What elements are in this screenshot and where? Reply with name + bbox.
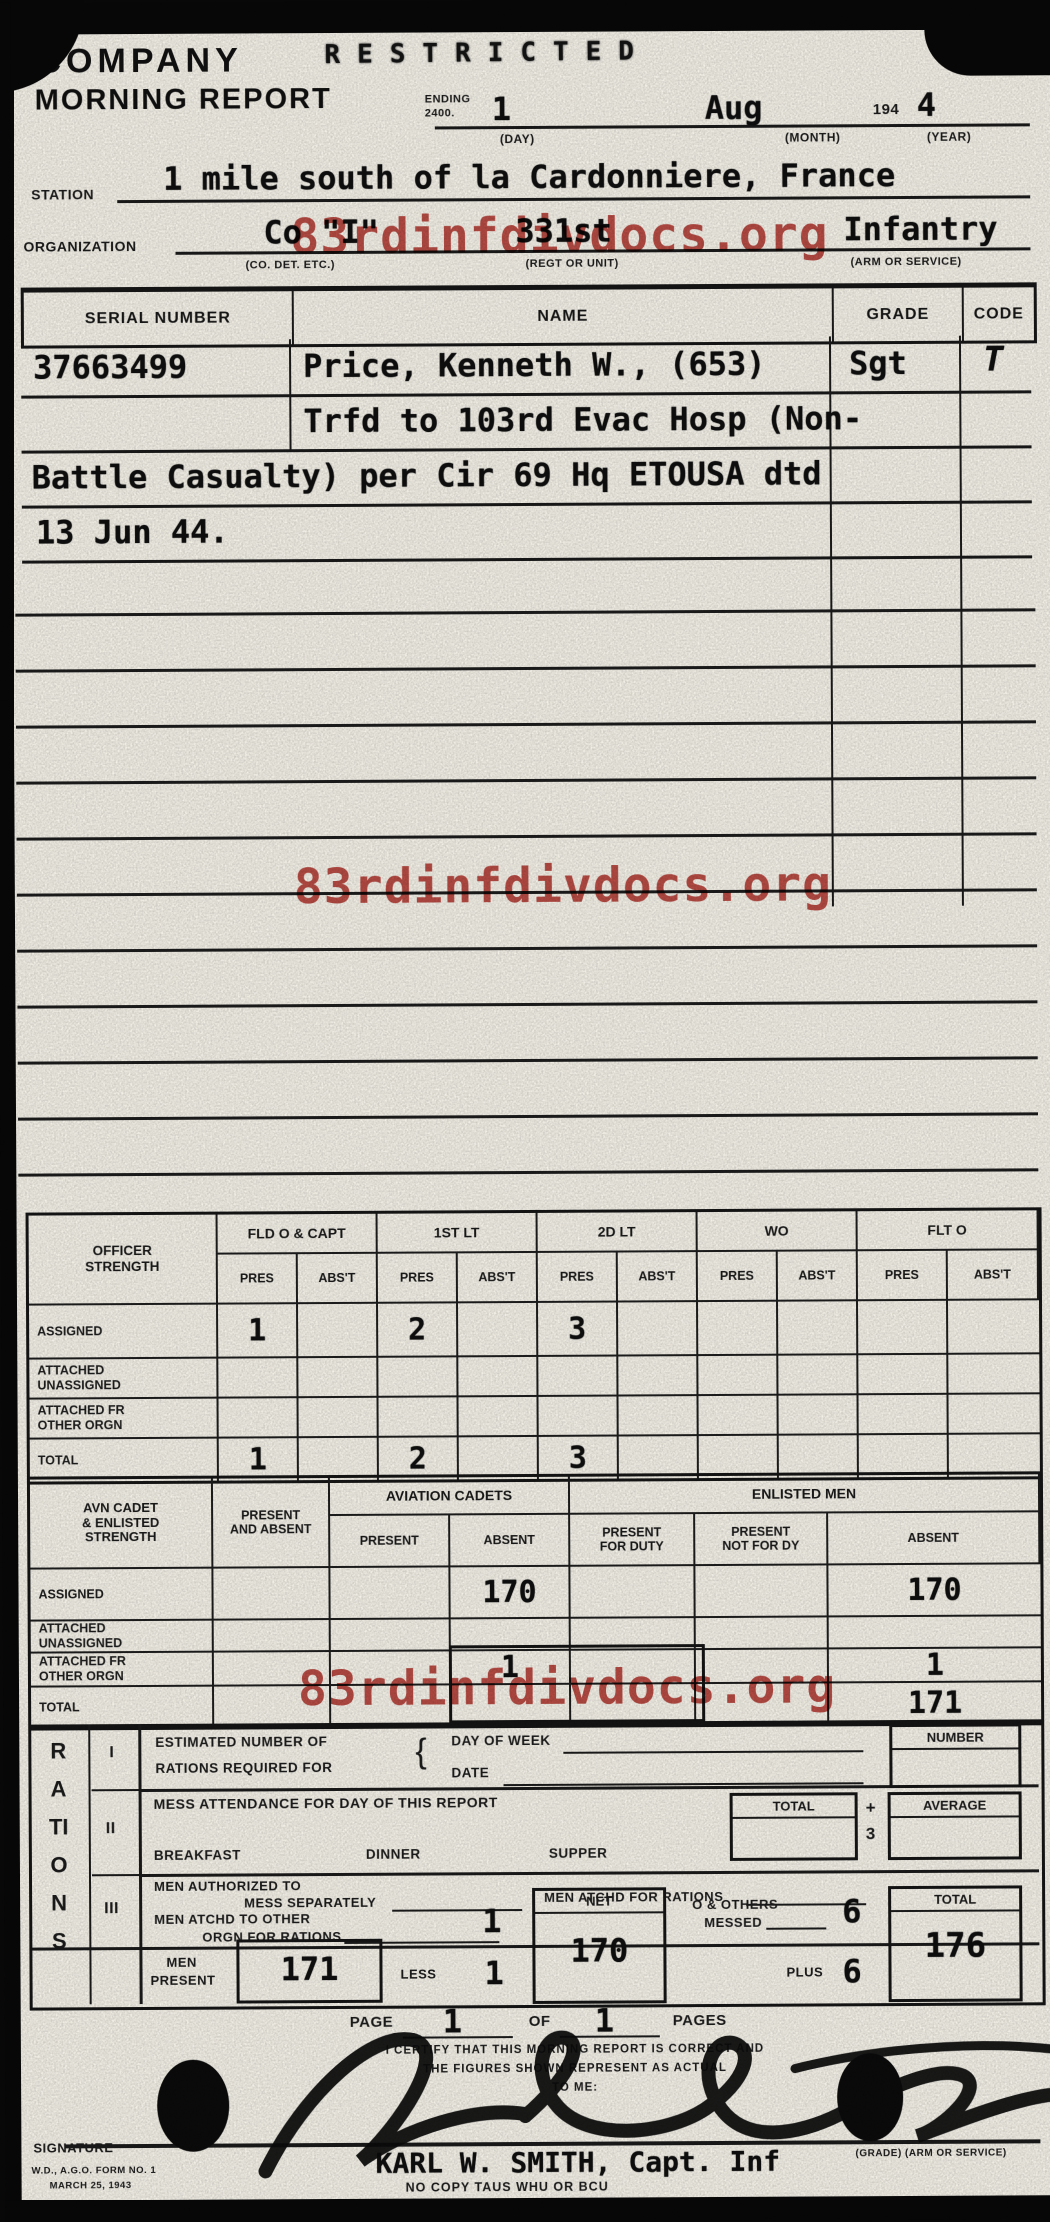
bottom-note: NO COPY TAUS WHU OR BCU <box>406 2180 609 2195</box>
scanned-morning-report: COMPANY MORNING REPORT RESTRICTED ENDING… <box>0 0 1050 2222</box>
roster-col-serial: SERIAL NUMBER <box>24 291 294 345</box>
strength-row-label: TOTAL <box>31 1687 214 1728</box>
roster-row-4: 13 Jun 44. <box>22 500 1032 563</box>
date-month-value: Aug <box>705 89 763 127</box>
day-of-week-label: DAY OF WEEK <box>451 1733 550 1749</box>
roster-remark-2: Battle Casualty) per Cir 69 Hq ETOUSA dt… <box>32 454 822 496</box>
scan-corner-top-right <box>924 0 1050 76</box>
officer-sub-abst: ABS'T <box>778 1251 858 1301</box>
plus-label: PLUS <box>786 1964 823 1979</box>
net-box: NET 170 <box>532 1887 667 2004</box>
strength-row-label: ATTACHED UNASSIGNED <box>29 1359 218 1398</box>
officer-sub-pres: PRES <box>858 1251 948 1301</box>
ending-label-line1: ENDING <box>425 93 471 105</box>
cadet-sub-present: PRESENT <box>330 1515 450 1568</box>
officer-group-2dlt: 2D LT <box>538 1212 698 1253</box>
strength-value-cell: 1 <box>219 1438 299 1480</box>
roster-remark-3: 13 Jun 44. <box>36 513 229 552</box>
strength-value-cell <box>778 1355 858 1393</box>
strength-value-cell <box>378 1397 458 1435</box>
strength-value-cell <box>618 1302 698 1354</box>
form-number-line2: MARCH 25, 1943 <box>50 2180 132 2191</box>
officer-group-fldo: FLD O & CAPT <box>218 1214 378 1255</box>
men-present-value: 171 <box>239 1950 379 1989</box>
less-label: LESS <box>400 1966 436 1981</box>
strength-value-cell: 1 <box>829 1648 1041 1681</box>
roster-row-2: Trfd to 103rd Evac Hosp (Non- <box>21 390 1031 453</box>
rations-numeral-1: I <box>109 1744 114 1762</box>
strength-value-cell: 3 <box>538 1303 618 1355</box>
strength-value-cell: 2 <box>378 1303 458 1355</box>
strength-value-cell: 3 <box>539 1437 619 1479</box>
strength-value-cell <box>378 1357 458 1395</box>
strength-value-cell <box>458 1303 538 1355</box>
officer-row-attached-unassigned: ATTACHED UNASSIGNED <box>29 1354 1039 1399</box>
rations-numeral-2: II <box>106 1820 116 1838</box>
enlisted-sub-absent: ABSENT <box>828 1512 1040 1565</box>
officer-sub-pres: PRES <box>218 1254 298 1304</box>
day-sub-label: (DAY) <box>500 132 535 146</box>
strength-value-cell <box>299 1398 379 1436</box>
men-authorized-line1: MEN AUTHORIZED TO <box>154 1878 301 1894</box>
officer-sub-abst: ABS'T <box>458 1253 538 1303</box>
number-box: NUMBER <box>889 1723 1021 1788</box>
officer-sub-pres: PRES <box>698 1252 778 1302</box>
others-value: 6 <box>842 1892 861 1930</box>
roster-remark-1: Trfd to 103rd Evac Hosp (Non- <box>303 399 862 440</box>
organization-arm: Infantry <box>843 210 997 249</box>
officer-group-1stlt: 1ST LT <box>378 1213 538 1254</box>
cadet-corner-label: AVN CADET & ENLISTED STRENGTH <box>30 1479 213 1570</box>
year-sub-label: (YEAR) <box>927 130 971 144</box>
strength-value-cell: 171 <box>829 1682 1041 1723</box>
men-atchd-other-line1: MEN ATCHD TO OTHER <box>154 1911 310 1927</box>
officer-group-flto: FLT O <box>858 1210 1039 1251</box>
officer-strength-table: OFFICER STRENGTH FLD O & CAPT 1ST LT 2D … <box>26 1207 1043 1484</box>
estimated-rations-line1: ESTIMATED NUMBER OF <box>155 1734 327 1750</box>
strength-value-cell <box>538 1357 618 1395</box>
strength-value-cell <box>858 1355 948 1393</box>
strength-value-cell: 170 <box>828 1564 1040 1615</box>
signature-label: SIGNATURE <box>33 2140 113 2155</box>
form-title-line2: MORNING REPORT <box>35 83 332 118</box>
average-box-label: AVERAGE <box>891 1794 1019 1818</box>
estimated-rations-line2: RATIONS REQUIRED FOR <box>155 1760 332 1776</box>
less-value: 1 <box>484 1954 503 1992</box>
strength-value-cell <box>213 1568 330 1619</box>
others-line1: O & OTHERS <box>692 1897 778 1912</box>
strength-value-cell <box>619 1436 699 1478</box>
strength-value-cell <box>458 1357 538 1395</box>
strength-value-cell <box>778 1395 858 1433</box>
strength-value-cell <box>698 1396 778 1434</box>
strength-value-cell <box>858 1301 948 1353</box>
officer-sub-pres: PRES <box>538 1253 618 1303</box>
strength-value-cell <box>299 1438 379 1480</box>
strength-row-label: ASSIGNED <box>30 1569 213 1620</box>
roster-col-grade: GRADE <box>834 288 964 342</box>
strength-value-cell <box>696 1617 829 1648</box>
strength-value-cell: 1 <box>218 1304 298 1356</box>
punch-hole-left <box>157 2060 229 2152</box>
strength-value-cell <box>298 1304 378 1356</box>
restricted-stamp: RESTRICTED <box>324 36 651 70</box>
roster-grade: Sgt <box>849 344 907 382</box>
watermark-bottom: 83rdinfdivdocs.org <box>298 1658 836 1717</box>
roster-code: T <box>983 339 1004 379</box>
strength-row-label: ATTACHED FR OTHER ORGN <box>31 1653 214 1686</box>
rations-brace: { <box>415 1733 427 1772</box>
strength-value-cell <box>459 1437 539 1479</box>
cadet-row-assigned: ASSIGNED170170 <box>30 1564 1040 1621</box>
strength-value-cell <box>538 1397 618 1435</box>
aviation-cadets-group: AVIATION CADETS <box>330 1477 570 1516</box>
strength-value-cell <box>330 1567 450 1618</box>
strength-value-cell <box>948 1394 1039 1432</box>
strength-value-cell <box>698 1356 778 1394</box>
dinner-label: DINNER <box>366 1847 421 1862</box>
supper-label: SUPPER <box>549 1846 608 1861</box>
strength-value-cell <box>779 1435 859 1477</box>
form-number-line1: W.D., A.G.O. FORM NO. 1 <box>32 2165 157 2177</box>
strength-value-cell <box>948 1300 1039 1352</box>
strength-value-cell <box>695 1565 828 1616</box>
strength-value-cell <box>618 1396 698 1434</box>
total-box-label: TOTAL <box>733 1795 855 1819</box>
enlisted-sub-present-not-for-dy: PRESENT NOT FOR DY <box>695 1513 828 1566</box>
average-box: AVERAGE <box>888 1791 1022 1860</box>
officer-sub-abst: ABS'T <box>298 1254 378 1304</box>
strength-value-cell <box>699 1436 779 1478</box>
month-sub-label: (MONTH) <box>785 130 841 144</box>
scan-edge-top <box>0 0 1044 35</box>
roster-row-3: Battle Casualty) per Cir 69 Hq ETOUSA dt… <box>22 445 1032 508</box>
officer-corner-label: OFFICER STRENGTH <box>29 1215 218 1306</box>
enlisted-sub-present-for-duty: PRESENT FOR DUTY <box>570 1514 695 1567</box>
officer-sub-abst: ABS'T <box>948 1250 1039 1300</box>
strength-value-cell <box>331 1619 451 1650</box>
strength-row-label: ASSIGNED <box>29 1305 218 1358</box>
strength-row-label: ATTACHED UNASSIGNED <box>31 1621 214 1652</box>
strength-value-cell <box>829 1616 1041 1647</box>
strength-value-cell <box>458 1397 538 1435</box>
strength-value-cell <box>778 1301 858 1353</box>
officer-row-assigned: ASSIGNED123 <box>29 1300 1039 1359</box>
roster-col-code: CODE <box>964 287 1034 340</box>
strength-row-label: ATTACHED FR OTHER ORGN <box>30 1399 219 1438</box>
men-present-line1: MEN <box>166 1955 196 1970</box>
organization-label: ORGANIZATION <box>23 238 136 255</box>
strength-value-cell: 2 <box>379 1437 459 1479</box>
ending-label-line2: 2400. <box>425 107 455 119</box>
enlisted-men-group: ENLISTED MEN <box>570 1474 1040 1514</box>
strength-value-cell <box>219 1398 299 1436</box>
strength-value-cell <box>214 1620 331 1651</box>
arm-sub-label: (ARM OR SERVICE) <box>851 256 962 269</box>
date-day-value: 1 <box>492 90 511 128</box>
roster-serial: 37663499 <box>33 348 187 387</box>
total-box: TOTAL <box>730 1792 858 1861</box>
strength-value-cell <box>858 1395 948 1433</box>
officer-sub-abst: ABS'T <box>618 1252 698 1302</box>
net-value: 170 <box>535 1931 663 1970</box>
station-value: 1 mile south of la Cardonniere, France <box>163 156 895 198</box>
officer-group-wo: WO <box>698 1211 858 1252</box>
year-prefix: 194 <box>873 101 900 118</box>
men-present-line2: PRESENT <box>151 1973 216 1988</box>
breakfast-label: BREAKFAST <box>154 1847 241 1862</box>
roster-row-1: 37663499 Price, Kenneth W., (653) Sgt T <box>21 335 1031 398</box>
rations-numeral-3: III <box>104 1900 119 1918</box>
rations-side-word: RATIONS <box>45 1732 72 1960</box>
strength-value-cell <box>698 1302 778 1354</box>
scan-edge-bottom <box>6 2195 1050 2222</box>
strength-value-cell <box>618 1356 698 1394</box>
strength-value-cell <box>218 1358 298 1396</box>
grand-total-box: TOTAL 176 <box>888 1885 1023 2002</box>
men-authorized-line2: MESS SEPARATELY <box>244 1895 376 1911</box>
present-and-absent-col: PRESENT AND ABSENT <box>213 1478 330 1569</box>
plus-value: 6 <box>842 1952 861 1990</box>
cadet-sub-absent: ABSENT <box>450 1515 570 1568</box>
roster-name: Price, Kenneth W., (653) <box>303 345 766 385</box>
strength-value-cell: 170 <box>450 1567 570 1618</box>
station-label: STATION <box>31 186 94 202</box>
date-year-value: 4 <box>917 86 936 124</box>
date-label: DATE <box>451 1765 489 1780</box>
grand-total-label: TOTAL <box>891 1888 1019 1912</box>
divide-three: 3 <box>866 1824 876 1844</box>
mess-attendance-title: MESS ATTENDANCE FOR DAY OF THIS REPORT <box>154 1794 498 1812</box>
strength-value-cell <box>570 1566 695 1617</box>
strength-value-cell <box>948 1354 1039 1392</box>
grand-total-value: 176 <box>891 1925 1019 1966</box>
atchd-other-value: 1 <box>482 1902 501 1940</box>
others-line2: MESSED <box>704 1915 762 1930</box>
strength-value-cell <box>298 1358 378 1396</box>
watermark-middle: 83rdinfdivdocs.org <box>294 856 832 915</box>
divide-plus: + <box>866 1798 877 1818</box>
officer-row-attached-fr: ATTACHED FR OTHER ORGN <box>30 1394 1040 1439</box>
number-box-label: NUMBER <box>892 1726 1018 1750</box>
watermark-top: 83rdinfdivdocs.org <box>290 206 828 265</box>
net-box-label: NET <box>535 1890 663 1914</box>
officer-sub-pres: PRES <box>378 1253 458 1303</box>
men-present-box: 171 <box>236 1939 382 2004</box>
signature-scrawl <box>235 2007 1050 2182</box>
